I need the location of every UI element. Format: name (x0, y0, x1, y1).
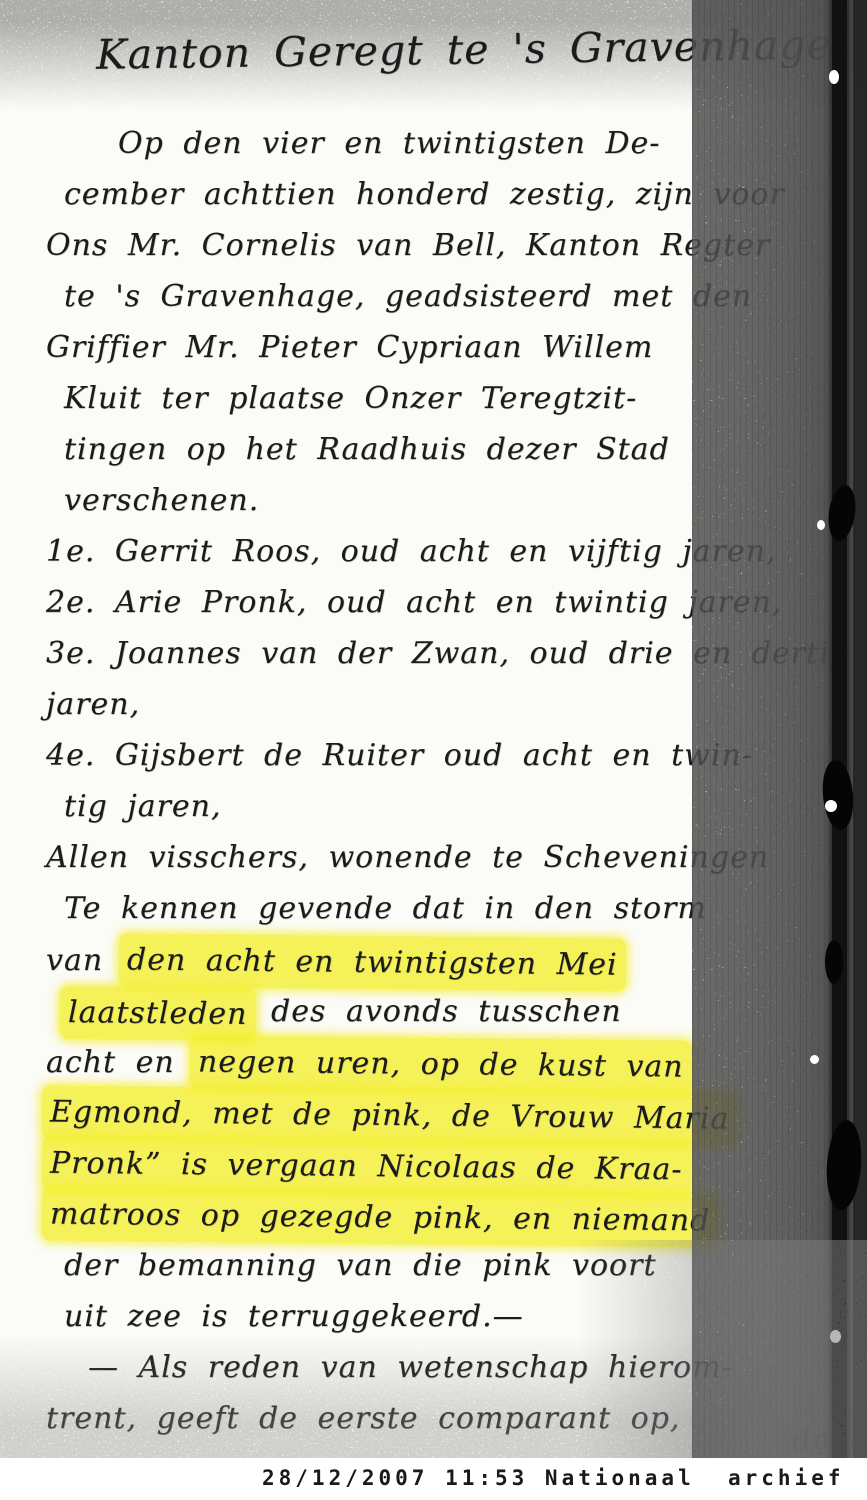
manuscript-text: des avonds tusschen (252, 994, 622, 1029)
manuscript-line: 2e. Arie Pronk, oud acht en twintig jare… (0, 577, 800, 628)
manuscript-text: Ons Mr. Cornelis van Bell, Kanton Regter (46, 228, 770, 263)
highlighted-text: negen uren, op de kust van (190, 1035, 692, 1093)
highlighted-text: den acht en twintigsten Mei (118, 933, 625, 991)
manuscript-line: 4e. Gijsbert de Ruiter oud acht en twin- (0, 730, 800, 781)
manuscript-line: Op den vier en twintigsten De- (0, 118, 800, 169)
manuscript-line: Griffier Mr. Pieter Cypriaan Willem (0, 322, 800, 373)
manuscript-text: acht en (46, 1045, 194, 1080)
scan-noise-corner (577, 1240, 867, 1465)
manuscript-line: laatstleden des avonds tusschen (0, 985, 800, 1036)
manuscript-line: te 's Gravenhage, geadsisteerd met den (0, 271, 800, 322)
highlighted-text: laatstleden (60, 986, 256, 1041)
manuscript-text: tig jaren, (64, 789, 222, 824)
manuscript-text: uit zee is terruggekeerd.— (64, 1299, 524, 1334)
manuscript-text: der bemanning van die pink voort (64, 1248, 657, 1283)
manuscript-line: matroos op gezegde pink, en niemand (0, 1189, 800, 1240)
manuscript-line: Kluit ter plaatse Onzer Teregtzit- (0, 373, 800, 424)
manuscript-line: Pronk” is vergaan Nicolaas de Kraa- (0, 1138, 800, 1189)
ink-blot (825, 940, 843, 984)
scan-footer-strip: 28/12/2007 11:53 Nationaal archief (0, 1458, 867, 1500)
highlighted-text: Egmond, met de pink, de Vrouw Maria (42, 1085, 738, 1145)
manuscript-line: tingen op het Raadhuis dezer Stad (0, 424, 800, 475)
manuscript-text: 2e. Arie Pronk, oud acht en twintig jare… (46, 585, 782, 620)
document-title: Kanton Geregt te 's Gravenhage. (96, 21, 777, 78)
manuscript-text: 4e. Gijsbert de Ruiter oud acht en twin- (46, 738, 753, 773)
manuscript-line: acht en negen uren, op de kust van (0, 1036, 800, 1087)
paper-speck (829, 70, 839, 84)
manuscript-line: 1e. Gerrit Roos, oud acht en vijftig jar… (0, 526, 800, 577)
manuscript-text: jaren, (46, 687, 140, 722)
manuscript-text: van (46, 943, 123, 978)
paper-speck (817, 520, 825, 530)
manuscript-text: Allen visschers, wonende te Scheveningen (46, 840, 769, 875)
manuscript-line: Allen visschers, wonende te Scheveningen (0, 832, 800, 883)
manuscript-text: cember achttien honderd zestig, zijn voo… (64, 177, 785, 212)
manuscript-text: Kluit ter plaatse Onzer Teregtzit- (64, 381, 637, 416)
manuscript-text: 1e. Gerrit Roos, oud acht en vijftig jar… (46, 534, 777, 569)
manuscript-text: verschenen. (64, 483, 259, 518)
manuscript-line: jaren, (0, 679, 800, 730)
manuscript-text: te 's Gravenhage, geadsisteerd met den (64, 279, 752, 314)
manuscript-text: Griffier Mr. Pieter Cypriaan Willem (46, 330, 653, 365)
manuscript-line: 3e. Joannes van der Zwan, oud drie en de… (0, 628, 800, 679)
manuscript-line: Egmond, met de pink, de Vrouw Maria (0, 1087, 800, 1138)
paper-speck (810, 1055, 819, 1064)
manuscript-text: tingen op het Raadhuis dezer Stad (64, 432, 670, 467)
highlighted-text: Pronk” is vergaan Nicolaas de Kraa- (42, 1137, 691, 1197)
manuscript-text: Te kennen gevende dat in den storm (64, 891, 707, 926)
manuscript-line: Ons Mr. Cornelis van Bell, Kanton Regter (0, 220, 800, 271)
manuscript-text: Op den vier en twintigsten De- (118, 126, 660, 161)
scan-timestamp: 28/12/2007 11:53 Nationaal archief (262, 1466, 845, 1490)
manuscript-line: van den acht en twintigsten Mei (0, 934, 800, 985)
paper-speck (825, 800, 837, 812)
manuscript-line: tig jaren, (0, 781, 800, 832)
manuscript-line: cember achttien honderd zestig, zijn voo… (0, 169, 800, 220)
highlighted-text: matroos op gezegde pink, en niemand (42, 1187, 719, 1247)
scanned-document-page: Kanton Geregt te 's Gravenhage. Op den v… (0, 0, 867, 1500)
manuscript-line: Te kennen gevende dat in den storm (0, 883, 800, 934)
manuscript-line: verschenen. (0, 475, 800, 526)
